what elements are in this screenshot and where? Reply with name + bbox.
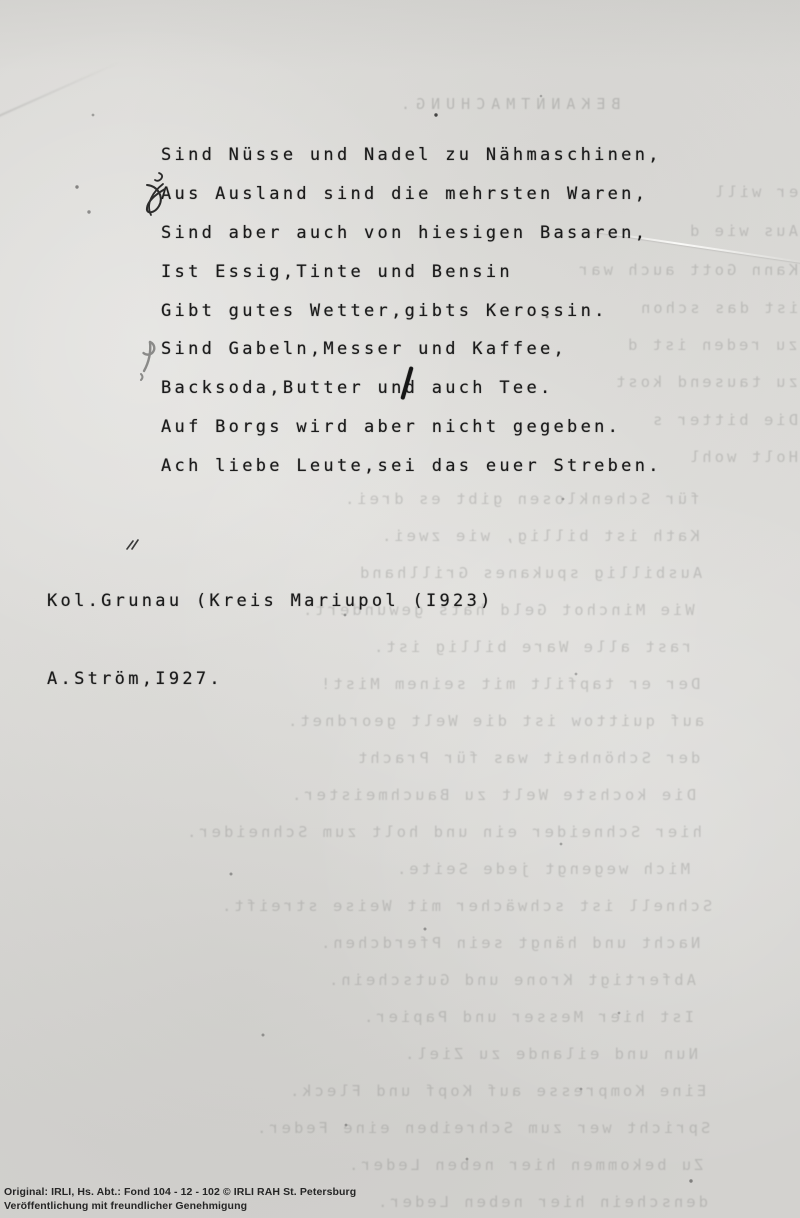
bleedthrough-line: Nun und eilande zu Ziel. (402, 1045, 698, 1063)
scanned-document-page: BEKANNTMACHUNG.er willAus wie dKann Gott… (0, 0, 800, 1218)
bleedthrough-line: er will (712, 183, 798, 201)
poem-line: Backsoda,Butter und auch Tee. (161, 369, 662, 408)
archive-caption: Original: IRLI, Hs. Abt.: Fond 104 - 12 … (4, 1186, 356, 1213)
bleedthrough-line: Die kochste Welt zu Bauchmeister. (289, 786, 696, 804)
poem-line: Ach liebe Leute,sei das euer Streben. (161, 447, 662, 486)
bleedthrough-line: der Schönheit was für Pracht (355, 749, 700, 767)
paper-specks (0, 0, 2, 2)
bleedthrough-line: Mich wegengt jede Seite. (394, 860, 690, 878)
handwritten-nine-mark-icon (131, 333, 159, 381)
poem-line: Aus Ausland sind die mehrsten Waren, (161, 175, 662, 214)
bleedthrough-line: Schnell ist schwächer mit Weise streift. (219, 897, 712, 915)
handwritten-umlaut-mark-icon (124, 538, 142, 552)
bleedthrough-line: hier Schneider ein und holt zum Schneide… (184, 823, 702, 841)
attribution: Kol.Grunau (Kreis Mariupol (I923) A.Strö… (47, 542, 494, 738)
bleedthrough-line: Abfertigt Krone und Gutschein. (326, 971, 696, 989)
paper-crease-top-left (0, 61, 120, 119)
handwritten-scribble-mark-icon (138, 170, 170, 220)
poem-line: Sind aber auch von hiesigen Basaren, (161, 214, 662, 253)
bleedthrough-line: Aus wie d (687, 222, 798, 240)
poem: Sind Nüsse und Nadel zu Nähmaschinen,Aus… (161, 136, 662, 486)
bleedthrough-line: für Schenklosen gibt es drei. (342, 490, 700, 508)
bleedthrough-line: denschein hier neben Leder. (375, 1193, 708, 1211)
bleedthrough-line: Holt wohl (687, 448, 798, 466)
bleedthrough-title: BEKANNTMACHUNG. (395, 95, 620, 113)
poem-line: Sind Gabeln,Messer und Kaffee, (161, 330, 662, 369)
caption-source-line: Original: IRLI, Hs. Abt.: Fond 104 - 12 … (4, 1186, 356, 1200)
bleedthrough-line: Eine Kompresse auf Kopf und Fleck. (287, 1082, 706, 1100)
poem-line: Sind Nüsse und Nadel zu Nähmaschinen, (161, 136, 662, 175)
bleedthrough-line: Ist hier Messer und Papier. (361, 1008, 694, 1026)
bleedthrough-line: Nacht und hängt sein Pferdchen. (318, 934, 700, 952)
bleedthrough-line: Spricht wer zum Schreiben eine Feder. (254, 1119, 710, 1137)
poem-line: Ist Essig,Tinte und Bensin (161, 253, 662, 292)
bleedthrough-line: Die bitter s (650, 411, 798, 429)
caption-permission-line: Veröffentlichung mit freundlicher Genehm… (4, 1200, 356, 1214)
attribution-place: Kol.Grunau (Kreis Mariupol (I923) (47, 582, 494, 620)
poem-line: Gibt gutes Wetter,gibts Kerossin. (161, 292, 662, 331)
bleedthrough-line: Zu bekommen hier neben Leder. (346, 1156, 704, 1174)
attribution-author: A.Ström,I927. (47, 660, 494, 698)
poem-line: Auf Borgs wird aber nicht gegeben. (161, 408, 662, 447)
